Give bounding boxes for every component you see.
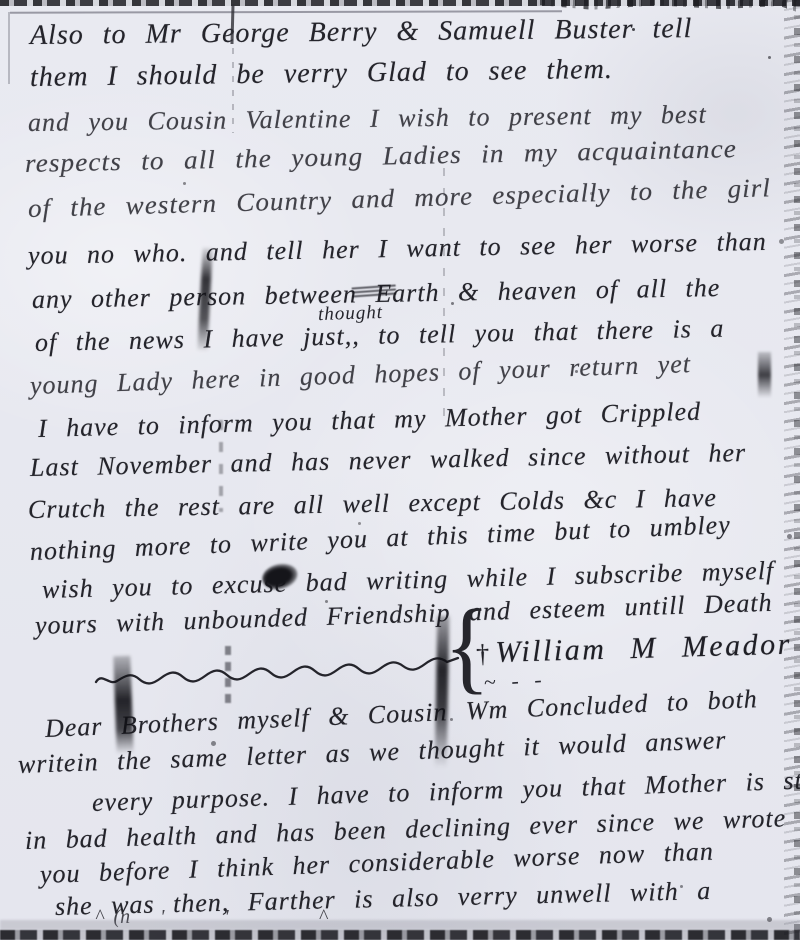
letter-line: respects to all the young Ladies in my a… <box>25 134 738 179</box>
scan-edge-top-right <box>540 0 800 13</box>
letter-line: Also to Mr George Berry & Samuell Buster… <box>30 13 693 52</box>
scan-edge-right <box>794 0 800 940</box>
scan-edge-bottom <box>0 930 800 940</box>
inserted-word: thought <box>318 302 384 326</box>
letter-line: Last November and has never walked since… <box>30 438 747 483</box>
scan-edge-top <box>0 0 800 6</box>
letter-line: them I should be verry Glad to see them. <box>30 54 613 94</box>
letter-line: I have to inform you that my Mother got … <box>38 397 702 444</box>
letter-line: young Lady here in good hopes of your re… <box>30 349 692 401</box>
cutoff-strokes: ^ (n ' ' ^ <box>95 906 327 929</box>
letter-page: Also to Mr George Berry & Samuell Buster… <box>0 0 800 940</box>
signature-underline-marks: ~ - - <box>483 666 547 695</box>
ink-smudge <box>758 352 771 398</box>
letter-line: of the western Country and more especial… <box>28 173 772 224</box>
letter-line: you no who. and tell her I want to see h… <box>28 227 767 271</box>
flourish-squiggle <box>92 646 462 690</box>
signature-name: †William M Meador <box>476 628 793 671</box>
letter-line: and you Cousin Valentine I wish to prese… <box>28 100 707 138</box>
page-border-left <box>8 12 10 84</box>
scan-edge-right <box>784 0 800 940</box>
page-border-top <box>10 10 562 13</box>
cross-mark-icon: † <box>476 639 492 668</box>
